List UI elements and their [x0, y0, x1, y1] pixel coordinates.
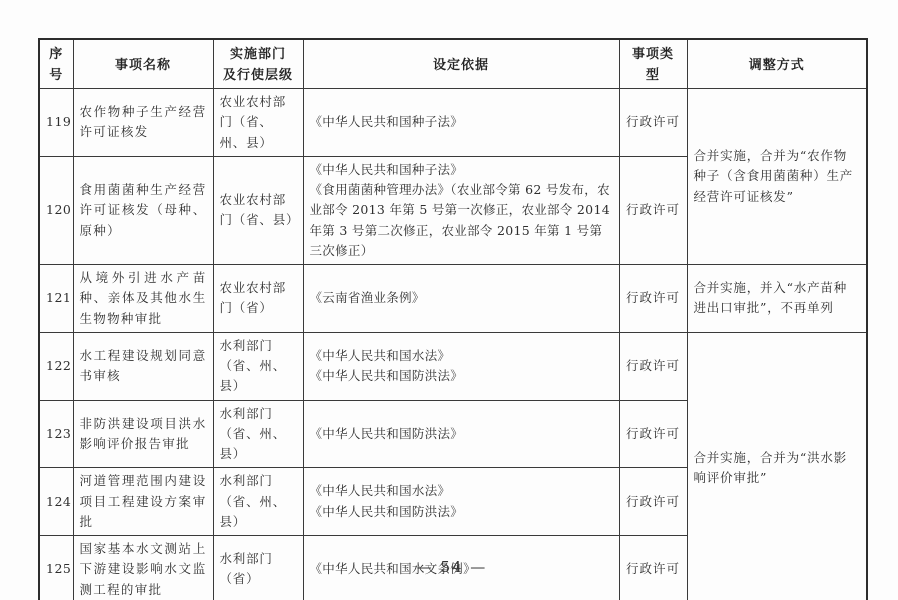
- item-name-cell: 食用菌菌种生产经营许可证核发（母种、原种）: [73, 156, 213, 264]
- table-header-row: 序 号 事项名称 实施部门 及行使层级 设定依据 事项类型 调整方式: [39, 39, 867, 89]
- table-row-119: 119 农作物种子生产经营许可证核发 农业农村部门（省、州、县） 《中华人民共和…: [39, 89, 867, 157]
- approval-items-table: 序 号 事项名称 实施部门 及行使层级 设定依据 事项类型 调整方式 119 农…: [38, 38, 868, 600]
- legal-basis-cell: 《中华人民共和国种子法》 《食用菌菌种管理办法》（农业部令第 62 号发布，农业…: [303, 156, 619, 264]
- serial-number-cell: 122: [39, 332, 73, 400]
- header-department: 实施部门 及行使层级: [213, 39, 303, 89]
- item-name-cell: 水工程建设规划同意书审核: [73, 332, 213, 400]
- legal-basis-cell: 《中华人民共和国水法》 《中华人民共和国防洪法》: [303, 332, 619, 400]
- item-type-cell: 行政许可: [619, 400, 687, 468]
- legal-basis-cell: 《云南省渔业条例》: [303, 265, 619, 333]
- item-name-cell: 河道管理范围内建设项目工程建设方案审批: [73, 468, 213, 536]
- document-page: 序 号 事项名称 实施部门 及行使层级 设定依据 事项类型 调整方式 119 农…: [0, 0, 898, 600]
- department-cell: 水利部门（省、州、县）: [213, 468, 303, 536]
- adjustment-cell-121: 合并实施，并入“水产苗种进出口审批”，不再单列: [687, 265, 867, 333]
- serial-number-cell: 123: [39, 400, 73, 468]
- item-type-cell: 行政许可: [619, 156, 687, 264]
- header-legal-basis: 设定依据: [303, 39, 619, 89]
- item-type-cell: 行政许可: [619, 332, 687, 400]
- serial-number-cell: 119: [39, 89, 73, 157]
- header-item-name: 事项名称: [73, 39, 213, 89]
- legal-basis-cell: 《中华人民共和国防洪法》: [303, 400, 619, 468]
- item-type-cell: 行政许可: [619, 468, 687, 536]
- serial-number-cell: 120: [39, 156, 73, 264]
- header-item-type: 事项类型: [619, 39, 687, 89]
- table-row-122: 122 水工程建设规划同意书审核 水利部门（省、州、县） 《中华人民共和国水法》…: [39, 332, 867, 400]
- department-cell: 农业农村部门（省、州、县）: [213, 89, 303, 157]
- item-name-cell: 从境外引进水产苗种、亲体及其他水生生物物种审批: [73, 265, 213, 333]
- department-cell: 农业农村部门（省、县）: [213, 156, 303, 264]
- page-number: — 54 —: [38, 558, 866, 576]
- table-row-121: 121 从境外引进水产苗种、亲体及其他水生生物物种审批 农业农村部门（省） 《云…: [39, 265, 867, 333]
- item-name-cell: 农作物种子生产经营许可证核发: [73, 89, 213, 157]
- legal-basis-cell: 《中华人民共和国水法》 《中华人民共和国防洪法》: [303, 468, 619, 536]
- serial-number-cell: 121: [39, 265, 73, 333]
- item-type-cell: 行政许可: [619, 89, 687, 157]
- department-cell: 水利部门（省、州、县）: [213, 332, 303, 400]
- item-name-cell: 非防洪建设项目洪水影响评价报告审批: [73, 400, 213, 468]
- department-cell: 农业农村部门（省）: [213, 265, 303, 333]
- header-serial-number: 序 号: [39, 39, 73, 89]
- item-type-cell: 行政许可: [619, 265, 687, 333]
- legal-basis-cell: 《中华人民共和国种子法》: [303, 89, 619, 157]
- header-adjustment-method: 调整方式: [687, 39, 867, 89]
- adjustment-cell-119-120: 合并实施，合并为“农作物种子（含食用菌菌种）生产经营许可证核发”: [687, 89, 867, 265]
- serial-number-cell: 124: [39, 468, 73, 536]
- department-cell: 水利部门（省、州、县）: [213, 400, 303, 468]
